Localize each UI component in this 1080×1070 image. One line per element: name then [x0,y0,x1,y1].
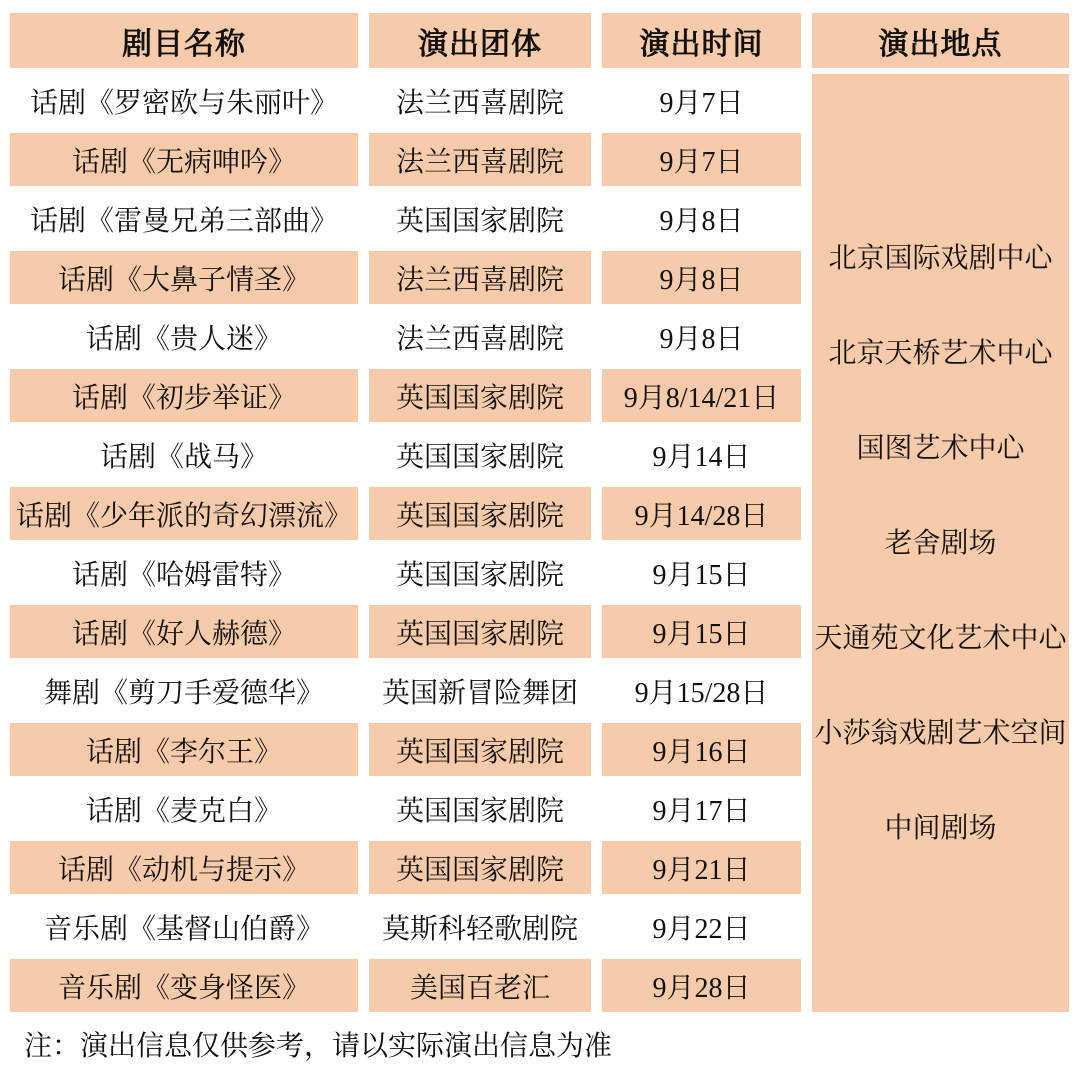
cell-date: 9月8日 [602,251,801,304]
cell-play-name: 话剧《麦克白》 [10,782,358,835]
venue-name: 天通苑文化艺术中心 [814,591,1066,686]
cell-date: 9月22日 [602,900,801,953]
venue-name: 北京国际戏剧中心 [828,211,1052,306]
cell-play-name: 话剧《李尔王》 [10,723,358,776]
cell-date: 9月21日 [602,841,801,894]
cell-group: 英国国家剧院 [369,605,591,658]
venue-name: 老舍剧场 [884,496,996,591]
cell-date: 9月15日 [602,546,801,599]
venue-name: 国图艺术中心 [856,401,1024,496]
header-cell-venue: 演出地点 [812,13,1069,68]
cell-date: 9月14/28日 [602,487,801,540]
cell-group: 英国国家剧院 [369,369,591,422]
cell-date: 9月7日 [602,74,801,127]
cell-date: 9月14日 [602,428,801,481]
venue-name: 小莎翁戏剧艺术空间 [814,686,1066,781]
cell-date: 9月16日 [602,723,801,776]
venue-name: 北京天桥艺术中心 [828,306,1052,401]
cell-group: 莫斯科轻歌剧院 [369,900,591,953]
cell-group: 英国国家剧院 [369,723,591,776]
cell-group: 英国国家剧院 [369,546,591,599]
cell-play-name: 音乐剧《基督山伯爵》 [10,900,358,953]
cell-play-name: 话剧《少年派的奇幻漂流》 [10,487,358,540]
cell-play-name: 话剧《贵人迷》 [10,310,358,363]
cell-date: 9月15/28日 [602,664,801,717]
header-cell-play-name: 剧目名称 [10,13,358,68]
cell-play-name: 话剧《大鼻子情圣》 [10,251,358,304]
cell-group: 英国国家剧院 [369,192,591,245]
cell-group: 英国国家剧院 [369,428,591,481]
venue-merged-cell: 北京国际戏剧中心北京天桥艺术中心国图艺术中心老舍剧场天通苑文化艺术中心小莎翁戏剧… [812,74,1069,1012]
header-cell-date: 演出时间 [602,13,801,68]
cell-play-name: 话剧《雷曼兄弟三部曲》 [10,192,358,245]
cell-group: 英国国家剧院 [369,841,591,894]
cell-date: 9月8日 [602,192,801,245]
cell-play-name: 话剧《动机与提示》 [10,841,358,894]
cell-group: 法兰西喜剧院 [369,133,591,186]
cell-date: 9月7日 [602,133,801,186]
cell-group: 英国国家剧院 [369,782,591,835]
cell-play-name: 话剧《无病呻吟》 [10,133,358,186]
cell-group: 英国国家剧院 [369,487,591,540]
cell-play-name: 话剧《初步举证》 [10,369,358,422]
cell-play-name: 话剧《罗密欧与朱丽叶》 [10,74,358,127]
cell-date: 9月17日 [602,782,801,835]
cell-play-name: 话剧《好人赫德》 [10,605,358,658]
cell-play-name: 话剧《哈姆雷特》 [10,546,358,599]
cell-play-name: 话剧《战马》 [10,428,358,481]
cell-group: 法兰西喜剧院 [369,251,591,304]
header-cell-group: 演出团体 [369,13,591,68]
cell-date: 9月8/14/21日 [602,369,801,422]
cell-date: 9月8日 [602,310,801,363]
cell-play-name: 音乐剧《变身怪医》 [10,959,358,1012]
cell-group: 美国百老汇 [369,959,591,1012]
cell-date: 9月15日 [602,605,801,658]
cell-group: 英国新冒险舞团 [369,664,591,717]
cell-date: 9月28日 [602,959,801,1012]
cell-play-name: 舞剧《剪刀手爱德华》 [10,664,358,717]
performance-schedule-table: 剧目名称演出团体演出时间演出地点话剧《罗密欧与朱丽叶》法兰西喜剧院9月7日话剧《… [10,13,1069,1012]
cell-group: 法兰西喜剧院 [369,74,591,127]
footnote: 注：演出信息仅供参考，请以实际演出信息为准 [24,1024,612,1064]
venue-name: 中间剧场 [884,781,996,876]
cell-group: 法兰西喜剧院 [369,310,591,363]
